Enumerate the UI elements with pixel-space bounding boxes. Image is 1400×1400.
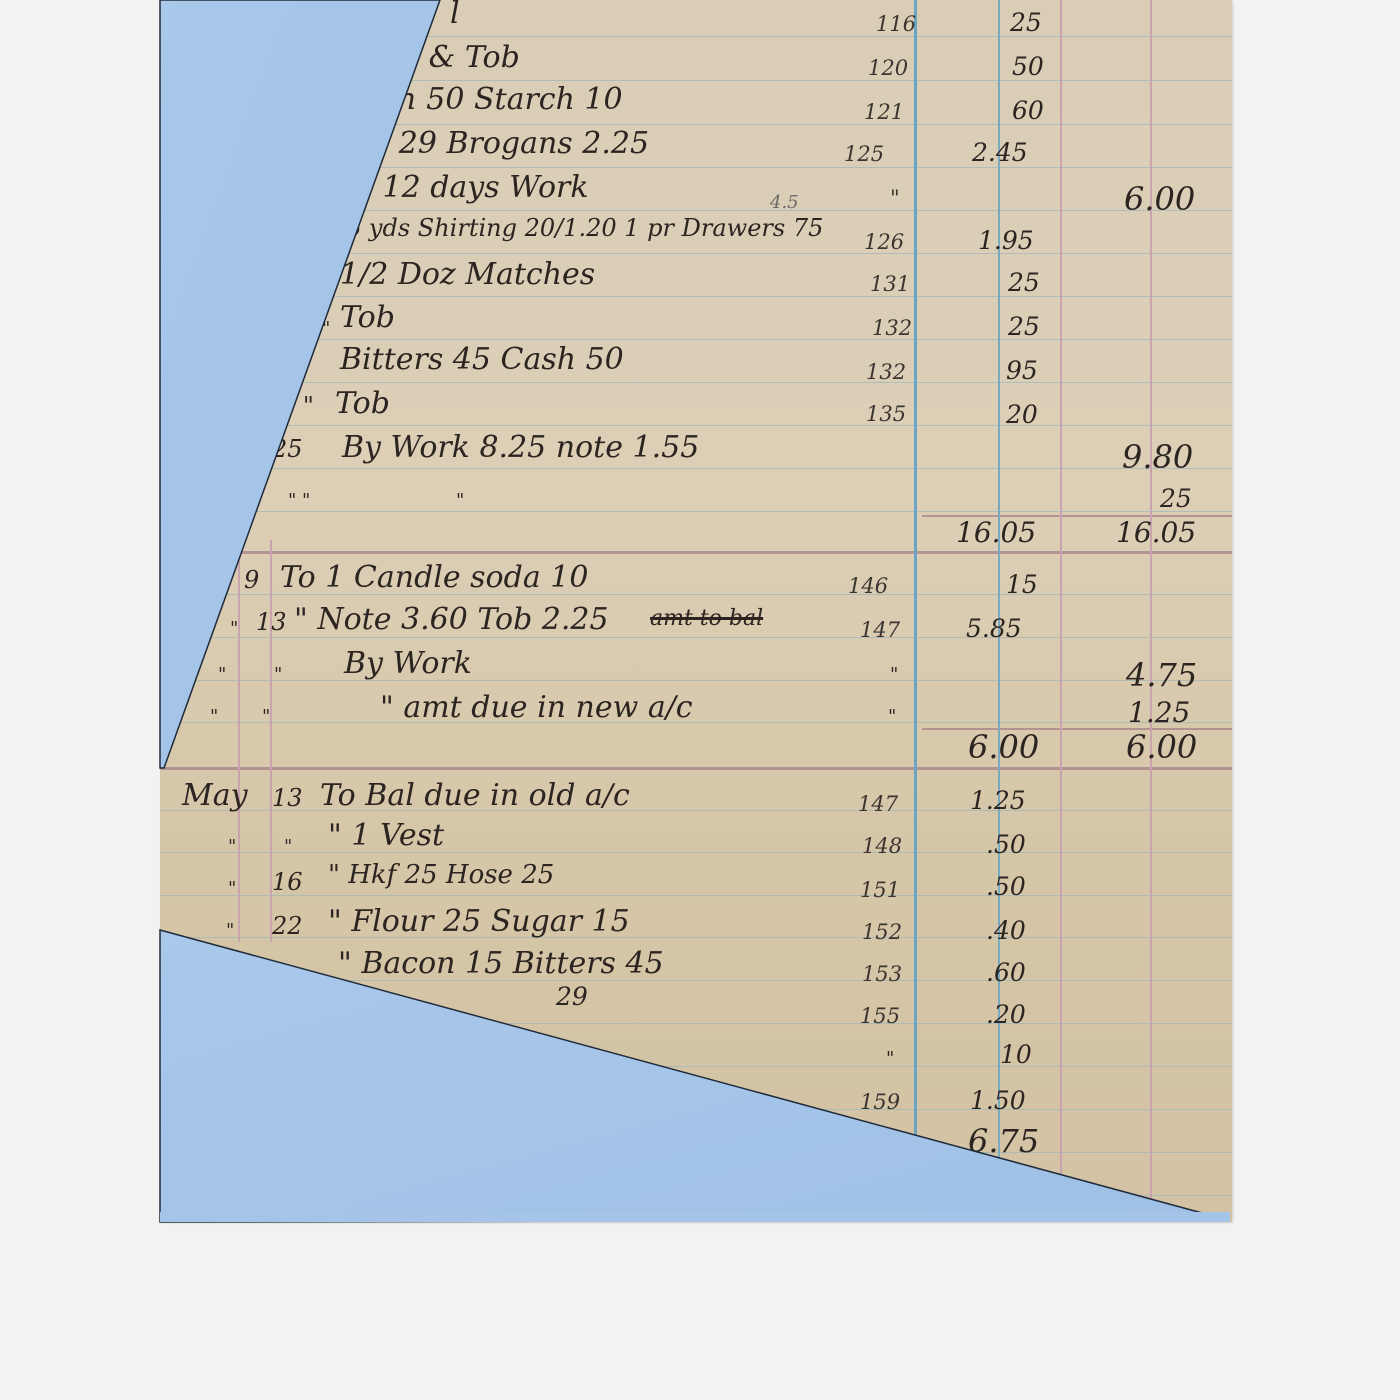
rule-line (160, 210, 1232, 211)
entry-desc: y 12 days Work (356, 170, 589, 205)
folio: 132 (866, 360, 906, 384)
debit-amount: .40 (986, 916, 1026, 945)
folio: 153 (862, 962, 902, 986)
rule-line (160, 339, 1232, 340)
rule-line (160, 296, 1232, 297)
entry-desc: " Hkf 25 Hose 25 (328, 860, 554, 890)
section-divider (160, 551, 1232, 554)
entry-day: 9 (244, 566, 259, 594)
entry-desc: Tob (335, 386, 390, 421)
debit-amount: 25 (1008, 268, 1040, 297)
entry-desc: " Note 3.60 Tob 2.25 (294, 602, 609, 637)
debit-amount: 2.45 (972, 138, 1028, 167)
folio: 155 (860, 1004, 900, 1028)
rule-line (160, 937, 1232, 938)
entry-date: 25 (272, 435, 303, 463)
folio: " (890, 186, 900, 210)
folio: 116 (876, 12, 916, 36)
rule-line (160, 1023, 1232, 1024)
entry-desc: Bitters 45 Cash 50 (340, 342, 624, 377)
debit-total: 6.00 (968, 728, 1039, 766)
entry-month: y (206, 570, 220, 598)
credit-amount: 6.00 (1124, 180, 1195, 218)
ledger-page: l f & Tob sh 50 Starch 10 b 29 Brogans 2… (160, 0, 1232, 1222)
rule-line (160, 124, 1232, 125)
folio: 148 (862, 834, 902, 858)
debit-amount: .20 (986, 1000, 1026, 1029)
ditto-mark: " (262, 706, 270, 727)
credit-total: 16.05 (1116, 516, 1196, 549)
credit-total: 6.00 (1126, 728, 1197, 766)
rule-line (160, 468, 1232, 469)
folio: 120 (868, 56, 908, 80)
rule-line (160, 1195, 1232, 1196)
debit-total: 16.05 (956, 516, 1036, 549)
entry-day: 16 (272, 868, 303, 896)
debit-amount: 50 (1012, 52, 1044, 81)
folio: 135 (866, 402, 906, 426)
debit-amount: 20 (1006, 400, 1038, 429)
folio: 121 (864, 100, 904, 124)
folio-column-line (914, 0, 917, 1222)
debit-amount: 25 (1008, 312, 1040, 341)
rule-line (160, 895, 1232, 896)
entry-desc: Tob (340, 300, 395, 335)
debit-amount: 60 (1012, 96, 1044, 125)
rule-line (160, 852, 1232, 853)
debit-amount: .50 (986, 830, 1026, 859)
entry-desc: b 29 Brogans 2.25 (370, 126, 649, 161)
ditto-mark: " (228, 836, 236, 857)
debit-amount: 1.25 (970, 786, 1026, 815)
rule-line (160, 722, 1232, 723)
debit-amount: 1.50 (970, 1086, 1026, 1115)
ditto-mark: " (226, 920, 234, 941)
margin-note: 4.5 (770, 192, 799, 213)
entry-desc: 29 (556, 982, 588, 1011)
folio: 151 (860, 878, 900, 902)
rule-line (160, 511, 1232, 512)
entry-day: 13 (272, 784, 303, 812)
folio: 159 (860, 1090, 900, 1114)
entry-desc: By Work 8.25 note 1.55 (342, 430, 699, 465)
rule-line (160, 1152, 1232, 1153)
rule-line (160, 1066, 1232, 1067)
debit-amount: 95 (1006, 356, 1038, 385)
rule-line (160, 167, 1232, 168)
rule-line (160, 1109, 1232, 1110)
debit-amount: 10 (1000, 1040, 1032, 1069)
entry-desc: sh 50 Starch 10 (382, 82, 623, 117)
ditto-mark: " (322, 318, 330, 339)
rule-line (160, 382, 1232, 383)
entry-desc: To 1 Candle soda 10 (280, 560, 588, 595)
entry-date: 3 " (280, 392, 314, 420)
debit-amount: 5.85 (966, 614, 1022, 643)
credit-amount: 25 (1160, 484, 1192, 513)
debit-amount: 1.95 (978, 226, 1034, 255)
debit-amount: .60 (986, 958, 1026, 987)
ditto-mark: " (228, 878, 236, 899)
entry-desc: " 1 Vest (328, 818, 444, 853)
debit-total: 6.75 (968, 1122, 1039, 1160)
date-column-line (238, 540, 240, 942)
entry-day: 22 (272, 912, 303, 940)
entry-day: 13 (256, 608, 287, 636)
cents-column-line (1060, 0, 1062, 1222)
rule-line (160, 36, 1232, 37)
folio: 132 (872, 316, 912, 340)
entry-desc: " Bacon 15 Bitters 45 (338, 946, 664, 981)
ditto-mark: " (210, 706, 218, 727)
ditto-mark: " (456, 490, 464, 511)
rule-line (160, 253, 1232, 254)
rule-line (160, 637, 1232, 638)
struck-text: amt to bal (650, 606, 763, 631)
folio: 146 (848, 574, 888, 598)
debit-amount: .50 (986, 872, 1026, 901)
ditto-mark: " (300, 360, 308, 381)
entry-desc: " Flour 25 Sugar 15 (328, 904, 630, 939)
debit-amount: 15 (1006, 570, 1038, 599)
debit-column-line (998, 0, 1000, 1222)
entry-desc: By Work (344, 646, 472, 681)
rule-line (160, 680, 1232, 681)
section-divider (160, 767, 1232, 770)
entry-desc: l (450, 0, 460, 31)
ditto-mark: " (274, 664, 282, 685)
rule-line (160, 80, 1232, 81)
credit-amount: 9.80 (1122, 438, 1193, 476)
ditto-mark: " (284, 836, 292, 857)
entry-desc: 6 yds Shirting 20/1.20 1 pr Drawers 75 (346, 214, 823, 242)
ditto-mark: " " (288, 490, 310, 511)
ditto-mark: " (888, 706, 896, 727)
entry-desc: To Bal due in old a/c (320, 778, 630, 813)
folio: 126 (864, 230, 904, 254)
entry-desc: f & Tob (408, 40, 520, 75)
debit-amount: 25 (1010, 8, 1042, 37)
entry-desc: " amt due in new a/c (380, 690, 693, 725)
ditto-mark: " (230, 618, 238, 639)
entry-desc: 1/2 Doz Matches (340, 257, 595, 292)
rule-line (160, 425, 1232, 426)
folio: 125 (844, 142, 884, 166)
folio: 147 (858, 792, 898, 816)
entry-month: May (182, 778, 248, 813)
folio: 147 (860, 618, 900, 642)
folio: 152 (862, 920, 902, 944)
folio: 131 (870, 272, 910, 296)
credit-amount: 1.25 (1128, 696, 1190, 729)
ditto-mark: " (886, 1048, 894, 1069)
credit-amount: 4.75 (1126, 656, 1197, 694)
ditto-mark: " (890, 664, 898, 685)
ditto-mark: " (218, 664, 226, 685)
rule-line (160, 980, 1232, 981)
